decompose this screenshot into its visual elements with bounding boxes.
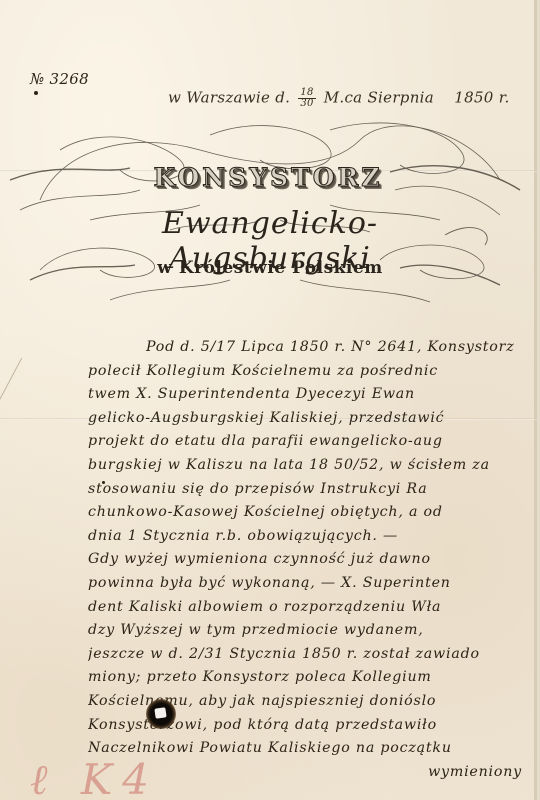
body-line: dnia 1 Stycznia r.b. obowiązujących. — bbox=[88, 525, 528, 549]
body-line: projekt do etatu dla parafii ewangelicko… bbox=[88, 430, 528, 454]
reference-number: № 3268 bbox=[30, 70, 89, 88]
body-line: dzy Wyższej w tym przedmiocie wydanem, bbox=[88, 619, 528, 643]
dateline-prefix: w Warszawie d. bbox=[168, 89, 290, 107]
month-abbrev: M.ca bbox=[324, 89, 363, 107]
body-line: burgskiej w Kaliszu na lata 18 50/52, w … bbox=[88, 454, 528, 478]
body-line: polecił Kollegium Kościelnemu za pośredn… bbox=[88, 360, 528, 384]
body-line: Gdy wyżej wymieniona czynność już dawno bbox=[88, 548, 528, 572]
letterhead-location: w Królestwie Polskiem bbox=[130, 258, 410, 278]
body-line: jeszcze w d. 2/31 Stycznia 1850 r. zosta… bbox=[88, 643, 528, 667]
body-line: chunkowo-Kasowej Kościelnej obiętych, a … bbox=[88, 501, 528, 525]
body-line: Pod d. 5/17 Lipca 1850 r. N° 2641, Konsy… bbox=[88, 336, 528, 360]
ink-dot bbox=[34, 91, 38, 95]
year: 1850 r. bbox=[454, 89, 509, 107]
body-line: miony; przeto Konsystorz poleca Kollegiu… bbox=[88, 666, 528, 690]
body-line: gelicko-Augsburgskiej Kaliskiej, przedst… bbox=[88, 407, 528, 431]
body-line: dent Kaliski albowiem o rozporządzeniu W… bbox=[88, 596, 528, 620]
body-line: twem X. Superintendenta Dyecezyi Ewan bbox=[88, 383, 528, 407]
body-line: powinna była być wykonaną, — X. Superint… bbox=[88, 572, 528, 596]
dateline: w Warszawie d. 18 30 M.ca Sierpnia 1850 … bbox=[168, 88, 510, 109]
burn-hole bbox=[146, 699, 176, 729]
date-fraction: 18 30 bbox=[298, 88, 315, 109]
date-day-old-style: 30 bbox=[298, 99, 315, 109]
body-line: stosowaniu się do przepisów Instrukcyi R… bbox=[88, 478, 528, 502]
document-page: № 3268 w Warszawie d. 18 30 M.ca Sierpni… bbox=[0, 0, 537, 800]
month-name: Sierpnia bbox=[367, 89, 434, 107]
pencil-annotation: ℓ K4 bbox=[30, 755, 159, 800]
ink-dot bbox=[102, 481, 105, 484]
letterhead-title: KONSYSTORZ bbox=[143, 163, 393, 192]
margin-mark bbox=[0, 358, 50, 408]
